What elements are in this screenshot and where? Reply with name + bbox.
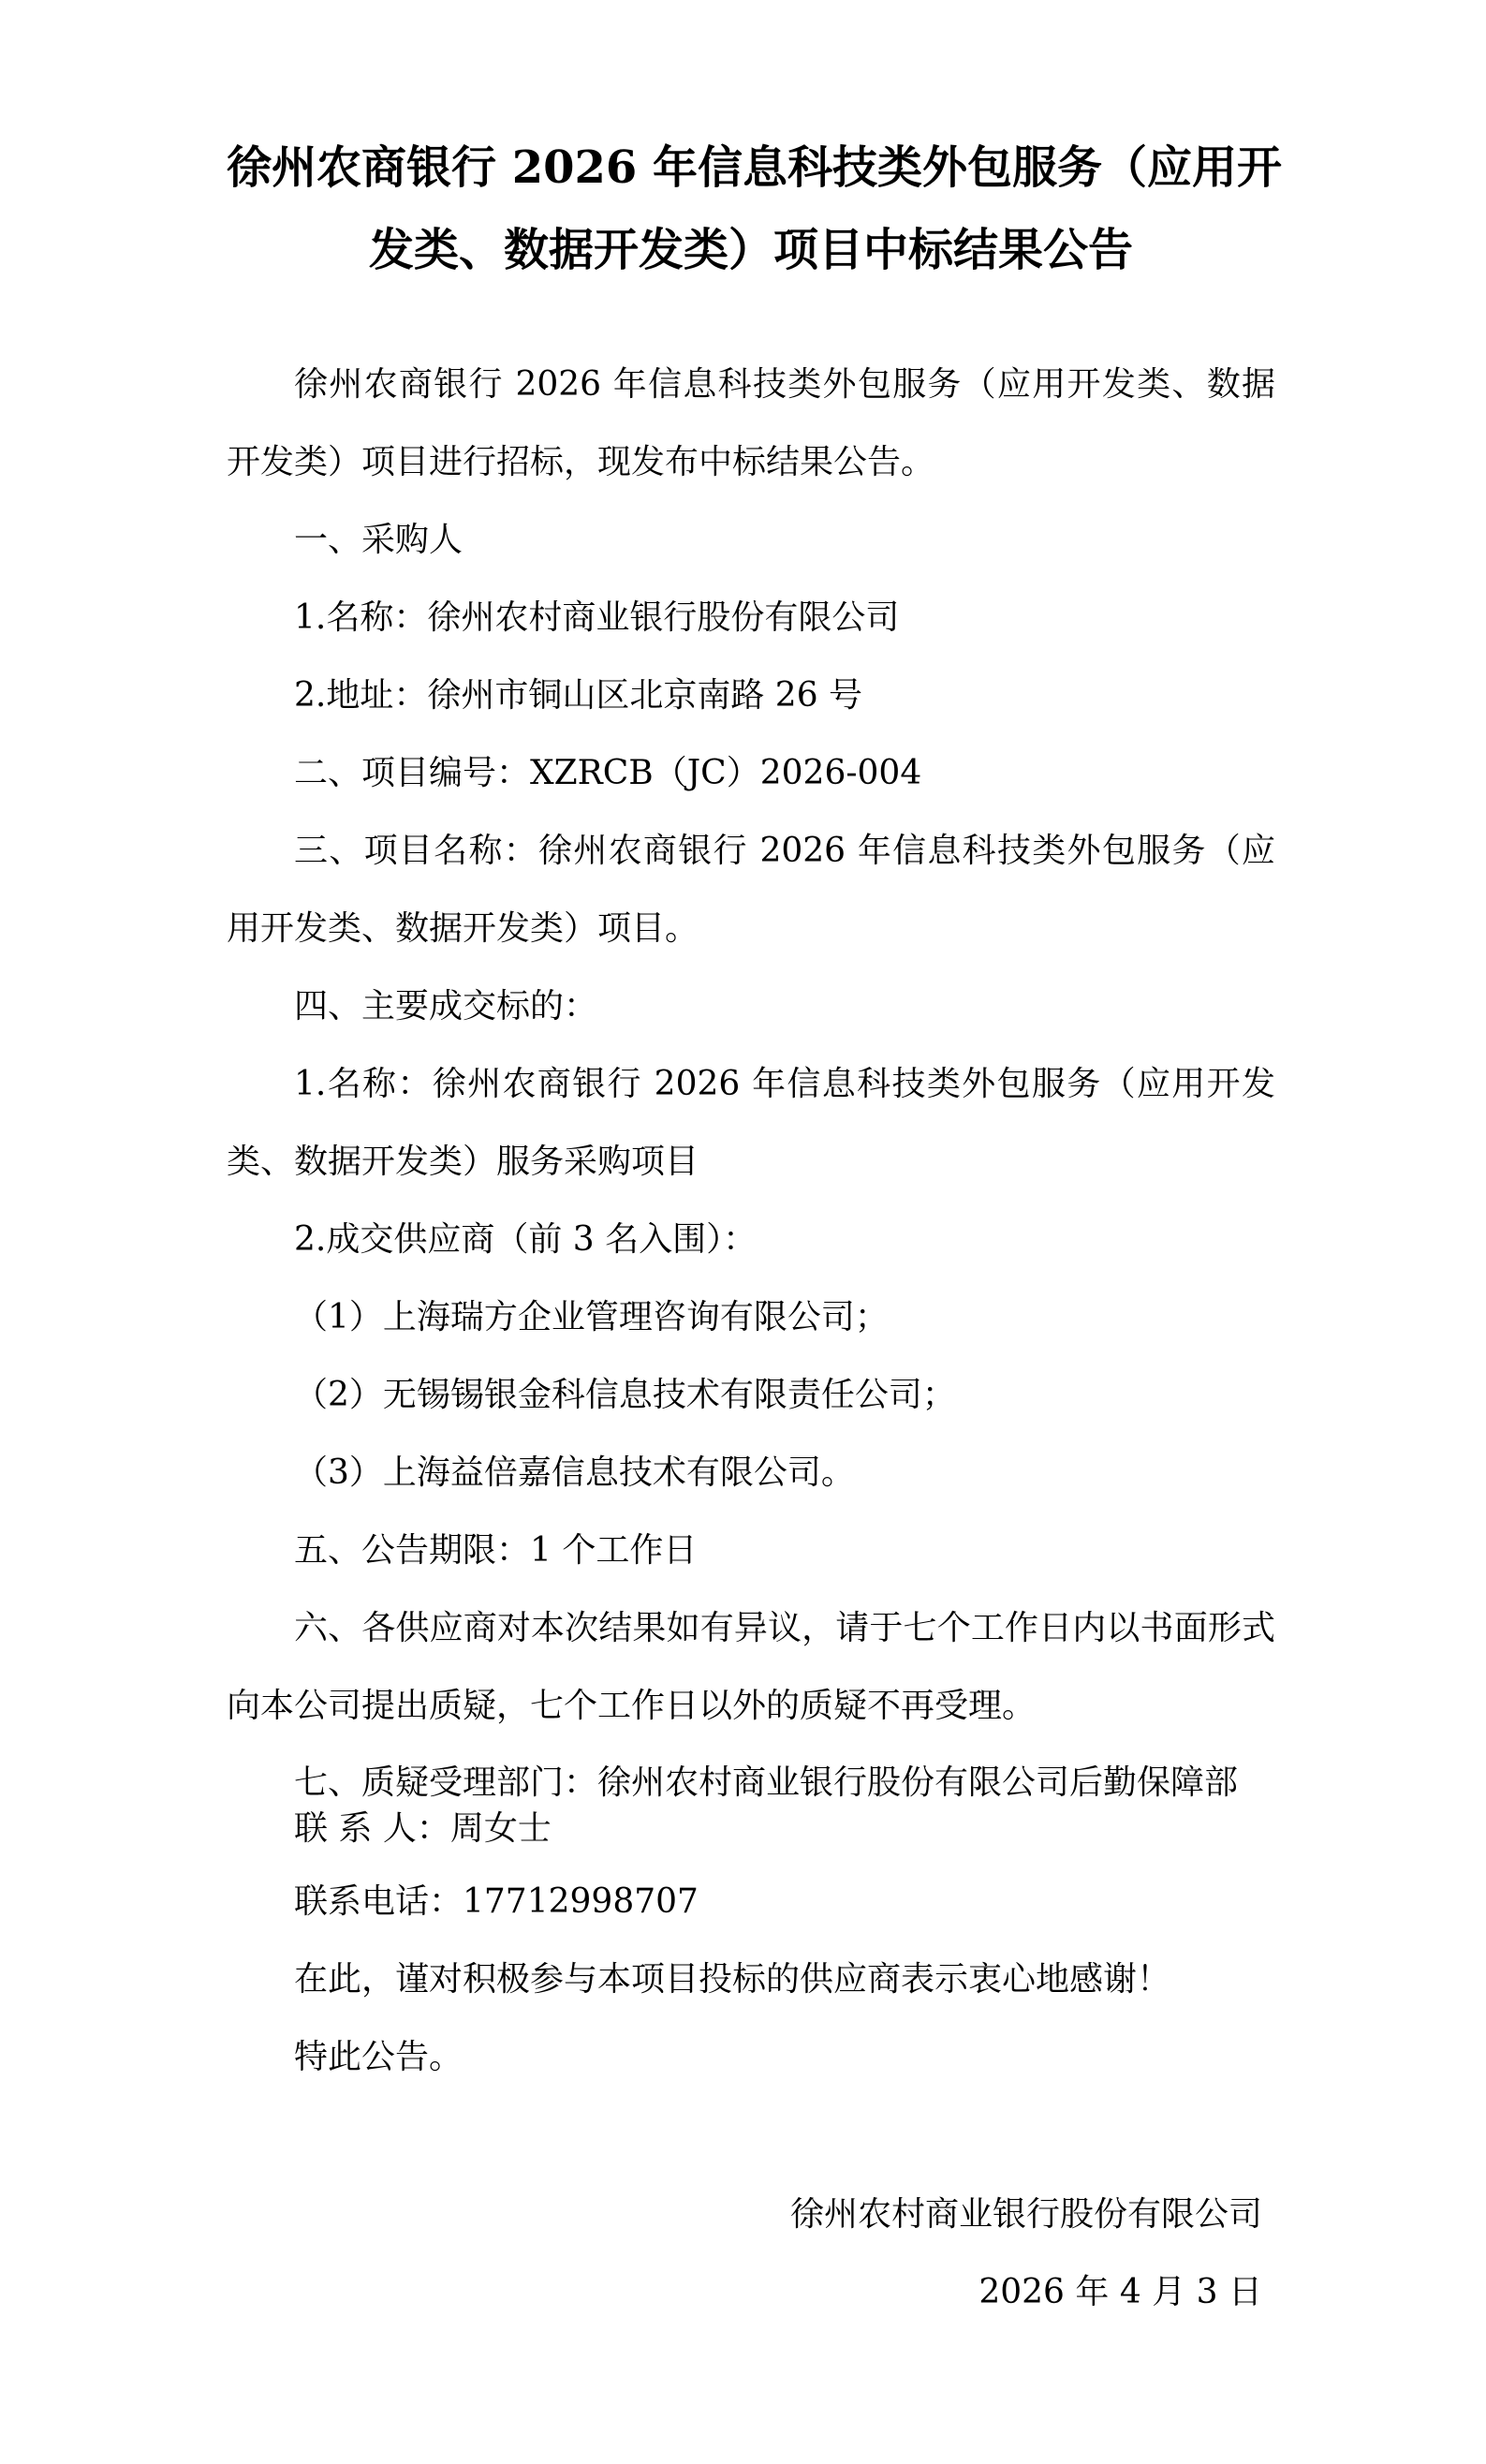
- section-2-project-number: 二、项目编号：XZRCB（JC）2026-004: [227, 734, 1275, 812]
- title-line-2: 发类、数据开发类）项目中标结果公告: [227, 209, 1275, 291]
- deal-name: 1.名称：徐州农商银行 2026 年信息科技类外包服务（应用开发类、数据开发类）…: [227, 1045, 1275, 1201]
- winning-suppliers-heading: 2.成交供应商（前 3 名入围）：: [227, 1201, 1275, 1278]
- supplier-3: （3）上海益倍嘉信息技术有限公司。: [227, 1434, 1275, 1512]
- document-title: 徐州农商银行 2026 年信息科技类外包服务（应用开 发类、数据开发类）项目中标…: [227, 126, 1275, 291]
- section-4-deal-heading: 四、主要成交标的：: [227, 967, 1275, 1045]
- thanks-note: 在此，谨对积极参与本项目投标的供应商表示衷心地感谢！: [227, 1940, 1275, 2018]
- document-page: 徐州农商银行 2026 年信息科技类外包服务（应用开 发类、数据开发类）项目中标…: [0, 0, 1486, 2464]
- signature-company: 徐州农村商业银行股份有限公司: [227, 2176, 1262, 2253]
- section-7-objection-department: 七、质疑受理部门：徐州农村商业银行股份有限公司后勤保障部 联 系 人：周女士: [227, 1760, 1275, 1852]
- document-body: 徐州农商银行 2026 年信息科技类外包服务（应用开发类、数据开发类）项目进行招…: [227, 346, 1275, 2096]
- signature-block: 徐州农村商业银行股份有限公司 2026 年 4 月 3 日: [227, 2176, 1275, 2331]
- signature-date: 2026 年 4 月 3 日: [227, 2253, 1262, 2331]
- section-1-purchaser-heading: 一、采购人: [227, 501, 1275, 579]
- purchaser-name: 1.名称：徐州农村商业银行股份有限公司: [227, 579, 1275, 657]
- contact-phone: 联系电话：17712998707: [227, 1863, 1275, 1940]
- supplier-1: （1）上海瑞方企业管理咨询有限公司；: [227, 1278, 1275, 1356]
- section-6-objection-notice: 六、各供应商对本次结果如有异议，请于七个工作日内以书面形式向本公司提出质疑，七个…: [227, 1589, 1275, 1745]
- supplier-2: （2）无锡锡银金科信息技术有限责任公司；: [227, 1356, 1275, 1434]
- objection-department-line: 七、质疑受理部门：徐州农村商业银行股份有限公司后勤保障部: [227, 1760, 1275, 1806]
- section-5-announcement-period: 五、公告期限：1 个工作日: [227, 1512, 1275, 1589]
- contact-person-line: 联 系 人：周女士: [227, 1806, 1275, 1852]
- purchaser-address: 2.地址：徐州市铜山区北京南路 26 号: [227, 657, 1275, 734]
- section-3-project-name: 三、项目名称：徐州农商银行 2026 年信息科技类外包服务（应用开发类、数据开发…: [227, 812, 1275, 967]
- intro-paragraph: 徐州农商银行 2026 年信息科技类外包服务（应用开发类、数据开发类）项目进行招…: [227, 346, 1275, 501]
- title-line-1: 徐州农商银行 2026 年信息科技类外包服务（应用开: [227, 126, 1275, 209]
- closing-note: 特此公告。: [227, 2018, 1275, 2096]
